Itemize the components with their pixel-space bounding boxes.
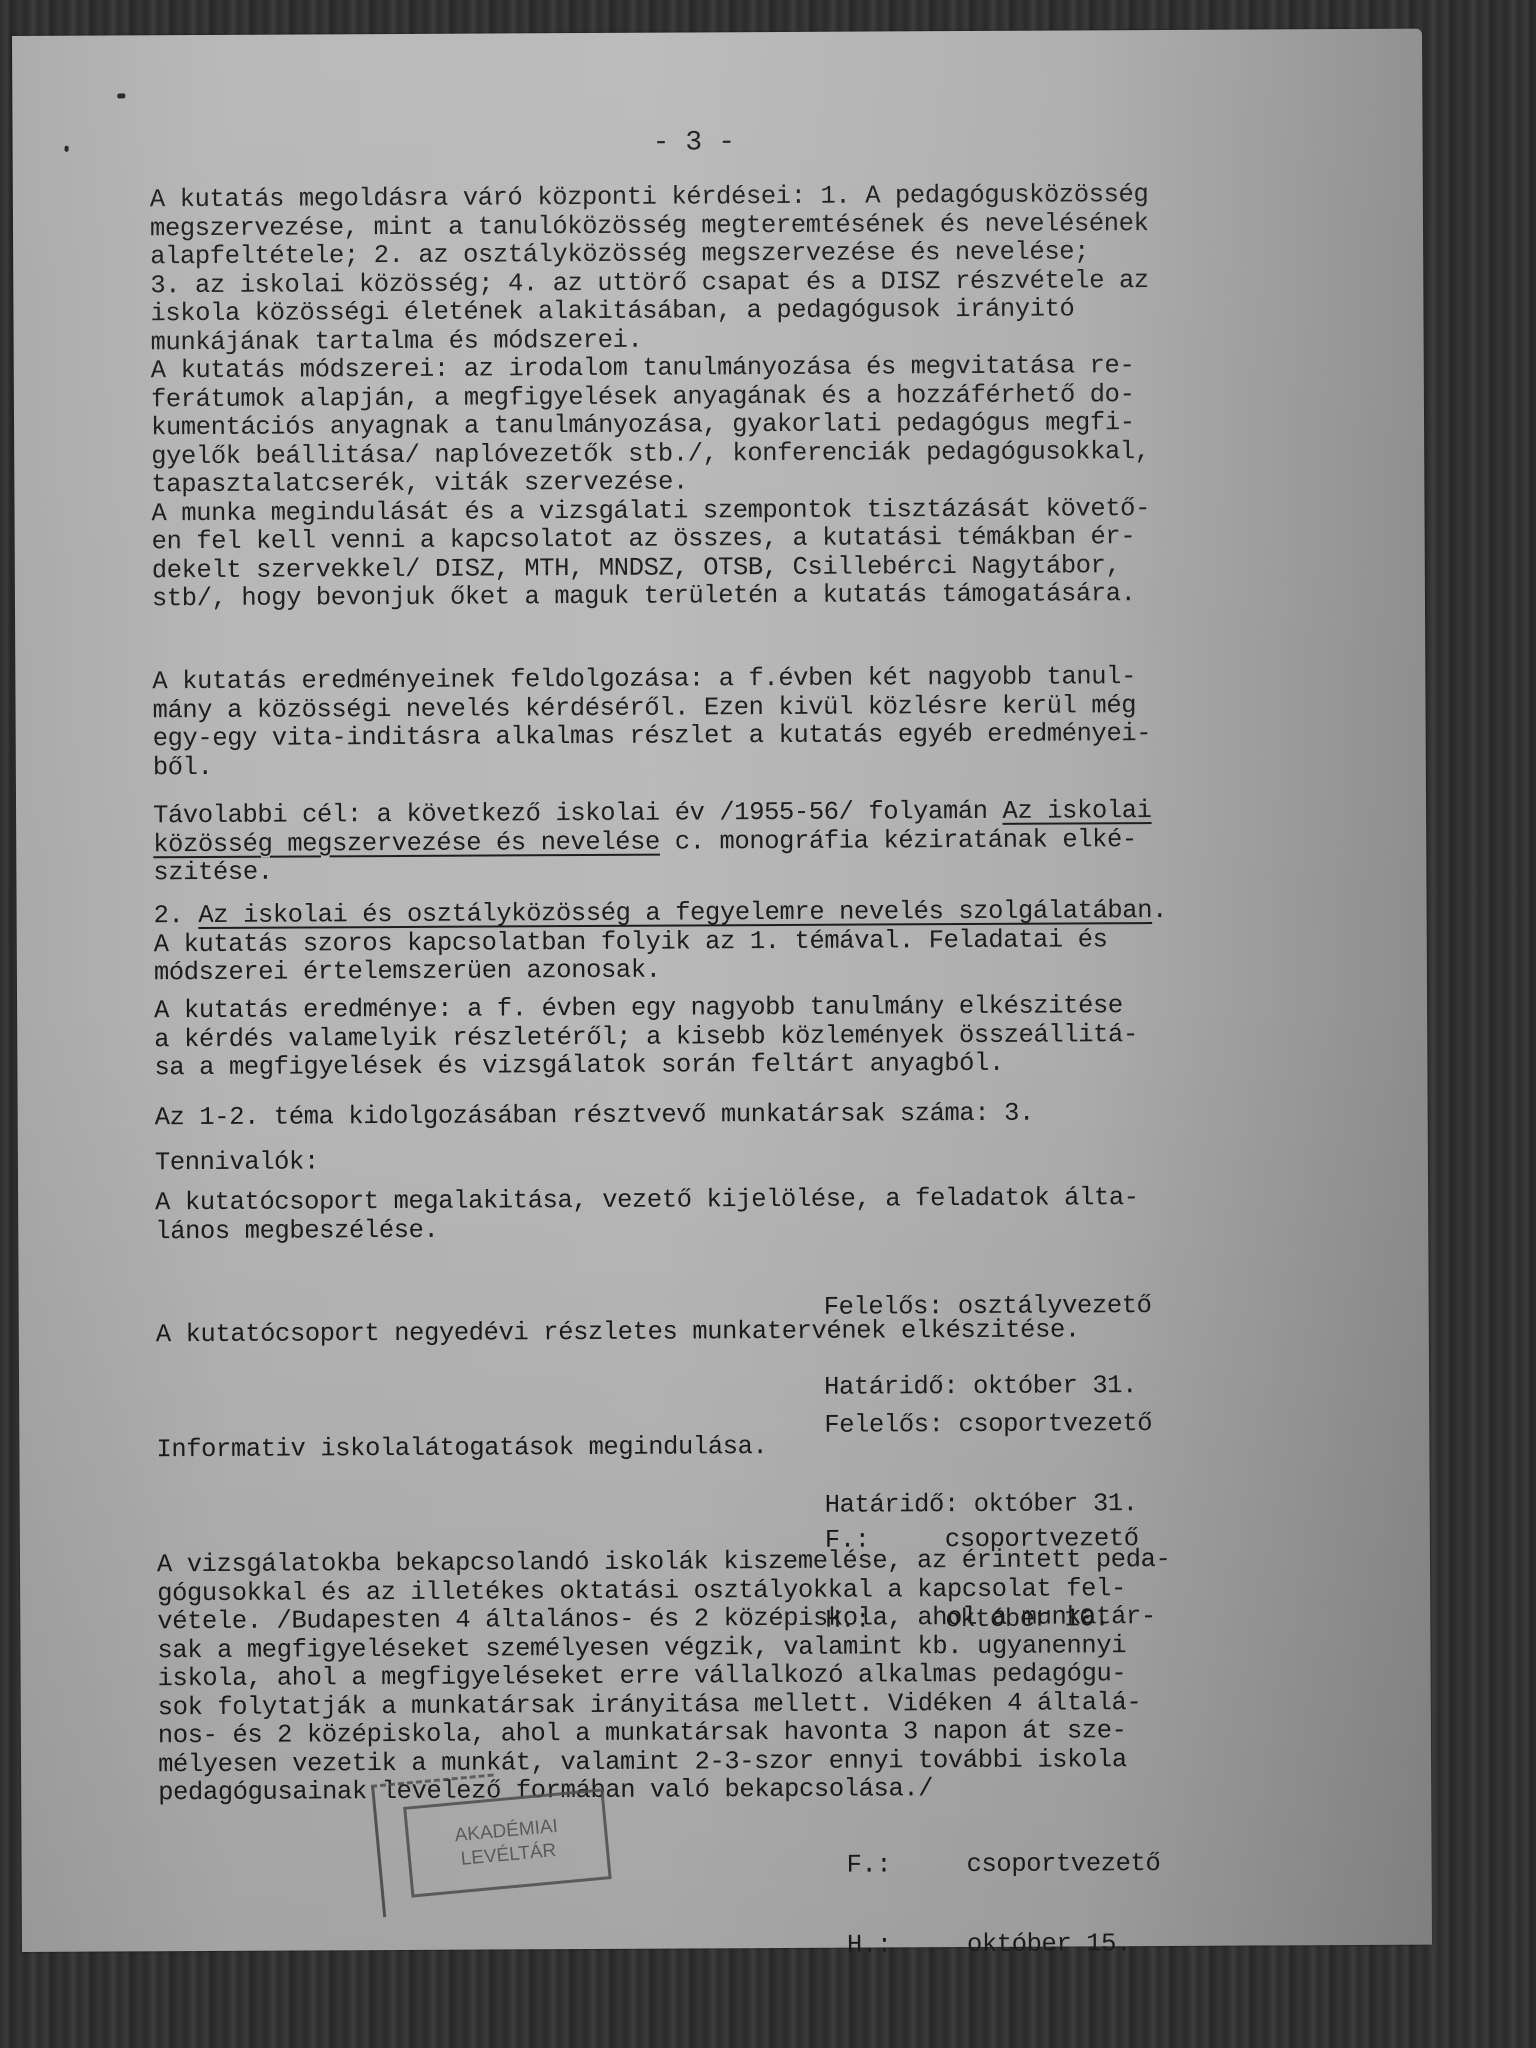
text-line: A kutatócsoport negyedévi részletes munk… — [156, 1317, 1080, 1350]
section-heading-tasks: Tennivalók: — [155, 1149, 319, 1178]
underlined-title: közösség megszervezése és nevelése — [153, 827, 660, 859]
text-line: sa a megfigyelések és vizsgálatok során … — [154, 1050, 1138, 1084]
text-line: módszerei értelemszerüen azonosak. — [154, 955, 1168, 989]
responsible-value: csoportvezető — [967, 1849, 1161, 1879]
text-line: ből. — [153, 750, 1152, 784]
text-line: Az 1-2. téma kidolgozásában résztvevő mu… — [155, 1101, 1034, 1134]
paragraph-staff-count: Az 1-2. téma kidolgozásában résztvevő mu… — [155, 1101, 1034, 1134]
text-line: stb/, hogy bevonjuk őket a maguk terület… — [152, 581, 1151, 615]
archive-stamp: AKADÉMIAI LEVÉLTÁR — [371, 1763, 622, 1915]
paragraph-central-questions: A kutatás megoldásra váró központi kérdé… — [150, 182, 1151, 615]
paragraph-research-result: A kutatás eredménye: a f. évben egy nagy… — [154, 993, 1138, 1084]
task-2-text: A kutatócsoport negyedévi részletes munk… — [156, 1317, 1080, 1350]
paragraph-topic-2: 2. Az iskolai és osztályközösség a fegye… — [154, 898, 1168, 989]
responsible-label: F.: — [847, 1852, 967, 1878]
text-run: A kutatás szoros kapcsolatban folyik az … — [154, 925, 1108, 959]
text-run: . — [1152, 896, 1167, 925]
underlined-title: Az iskolai — [1002, 796, 1151, 826]
task-4-text: A vizsgálatokba bekapcsolandó iskolák ki… — [157, 1547, 1172, 1809]
text-line: Informativ iskolalátogatások megindulása… — [156, 1434, 767, 1466]
ink-speck — [65, 146, 69, 152]
text-run: módszerei értelemszerüen azonosak. — [154, 956, 661, 988]
task-1-text: A kutatócsoport megalakitása, vezető kij… — [155, 1185, 1139, 1247]
typewritten-page: - 3 - A kutatás megoldásra váró központi… — [12, 29, 1432, 1952]
responsible-value: csoportvezető — [958, 1409, 1152, 1439]
page-number: - 3 - — [652, 129, 734, 157]
ink-speck — [117, 93, 125, 98]
task-4-assignment: F.:csoportvezető H.:október 15. — [846, 1800, 1161, 2013]
text-run: c. monográfia kéziratának elké- — [660, 825, 1137, 856]
deadline-value: október 15. — [967, 1929, 1131, 1959]
text-line: Tennivalók: — [155, 1149, 319, 1178]
paragraph-results-processing: A kutatás eredményeinek feldolgozása: a … — [152, 664, 1151, 783]
stamp-box: AKADÉMIAI LEVÉLTÁR — [403, 1788, 612, 1897]
task-3-text: Informativ iskolalátogatások megindulása… — [156, 1434, 767, 1466]
paragraph-further-goal: Távolabbi cél: a következő iskolai év /1… — [153, 798, 1152, 889]
deadline-label: H.: — [847, 1932, 967, 1958]
responsible-label: Felelős: — [824, 1410, 943, 1440]
text-run: 2. — [154, 901, 199, 930]
text-line: szitése. — [153, 855, 1152, 889]
text-run: szitése. — [153, 858, 272, 888]
